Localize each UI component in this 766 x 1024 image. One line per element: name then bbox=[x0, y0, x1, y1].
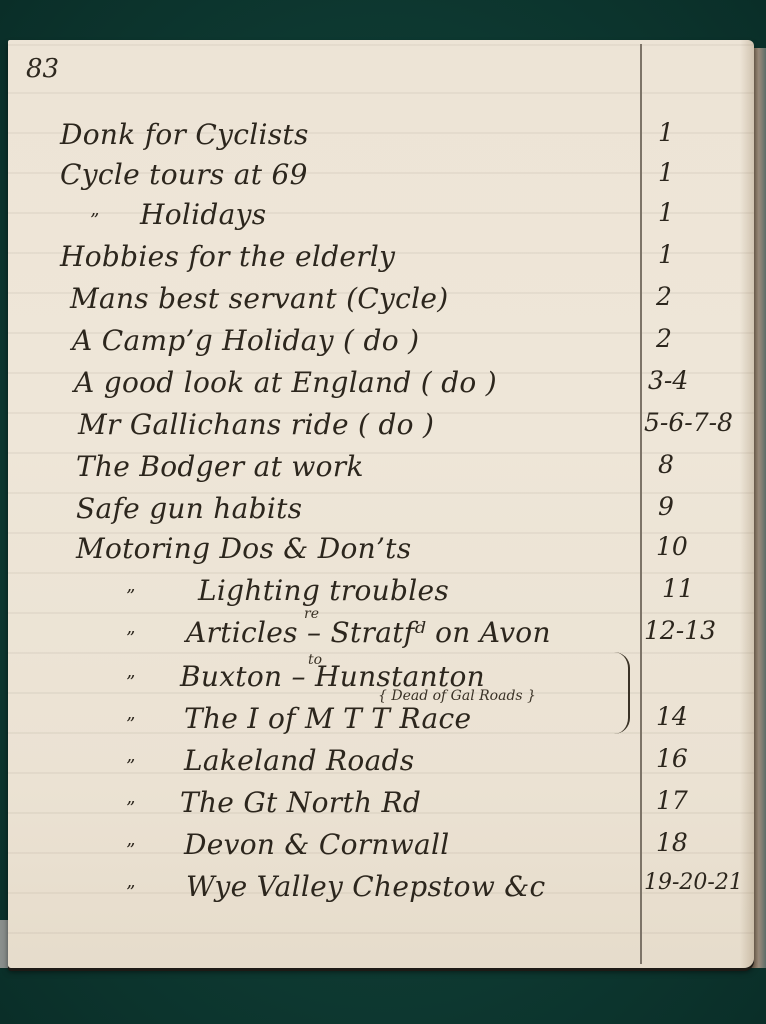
index-entry: Donk for Cyclists 1 bbox=[8, 118, 754, 158]
index-entry: ” Lakeland Roads 16 bbox=[8, 744, 754, 784]
entry-pages: 16 bbox=[656, 744, 688, 773]
entry-title: Motoring Dos & Don’ts bbox=[76, 532, 411, 565]
entry-pages: 11 bbox=[662, 574, 694, 603]
entry-title: Safe gun habits bbox=[76, 492, 302, 525]
index-entry: Safe gun habits 9 bbox=[8, 492, 754, 532]
notebook-page: 83 Donk for Cyclists 1 Cycle tours at 69… bbox=[8, 40, 754, 968]
entry-pages: 9 bbox=[658, 492, 674, 521]
index-entry: ” re Articles – Stratfᵈ on Avon 12-13 bbox=[8, 616, 754, 656]
page-number: 83 bbox=[26, 54, 59, 84]
entry-pages: 3-4 bbox=[648, 366, 688, 395]
index-entry: ” { Dead of Gal Roads } The I of M T T R… bbox=[8, 702, 754, 742]
entry-pages: 1 bbox=[658, 240, 674, 269]
entry-pages: 5-6-7-8 bbox=[644, 408, 733, 437]
entry-title: The Bodger at work bbox=[76, 450, 364, 483]
index-entry: Hobbies for the elderly 1 bbox=[8, 240, 754, 280]
index-entry: ” The Gt North Rd 17 bbox=[8, 786, 754, 826]
entry-title: The I of M T T Race bbox=[184, 702, 471, 735]
entry-title: A Camp’g Holiday ( do ) bbox=[72, 324, 419, 357]
index-entry: ” Lighting troubles 11 bbox=[8, 574, 754, 614]
ditto-mark: ” bbox=[90, 210, 99, 231]
index-entry: Mr Gallichans ride ( do ) 5-6-7-8 bbox=[8, 408, 754, 448]
entry-pages: 1 bbox=[658, 198, 674, 227]
entry-pages: 2 bbox=[656, 282, 672, 311]
entry-pages: 18 bbox=[656, 828, 688, 857]
entry-title: Wye Valley Chepstow &c bbox=[186, 870, 546, 903]
ditto-mark: ” bbox=[126, 672, 135, 693]
ditto-mark: ” bbox=[126, 628, 135, 649]
entry-title: The Gt North Rd bbox=[180, 786, 421, 819]
entry-title: Mr Gallichans ride ( do ) bbox=[78, 408, 434, 441]
index-entry: ” Wye Valley Chepstow &c 19-20-21 bbox=[8, 870, 754, 910]
index-entry: A Camp’g Holiday ( do ) 2 bbox=[8, 324, 754, 364]
entry-title: Donk for Cyclists bbox=[60, 118, 309, 151]
entry-pages: 10 bbox=[656, 532, 688, 561]
index-entry: ” Holidays 1 bbox=[8, 198, 754, 238]
ditto-mark: ” bbox=[126, 756, 135, 777]
grouping-brace bbox=[614, 652, 630, 734]
entry-pages: 19-20-21 bbox=[644, 870, 743, 895]
entry-title: Mans best servant (Cycle) bbox=[70, 282, 449, 315]
index-entry: Cycle tours at 69 1 bbox=[8, 158, 754, 198]
index-entry: A good look at England ( do ) 3-4 bbox=[8, 366, 754, 406]
ditto-mark: ” bbox=[126, 882, 135, 903]
entry-pages: 1 bbox=[658, 118, 674, 147]
entry-pages: 1 bbox=[658, 158, 674, 187]
entry-title: A good look at England ( do ) bbox=[74, 366, 497, 399]
index-entry: Motoring Dos & Don’ts 10 bbox=[8, 532, 754, 572]
ditto-mark: ” bbox=[126, 840, 135, 861]
index-entry: The Bodger at work 8 bbox=[8, 450, 754, 490]
entry-title: Hobbies for the elderly bbox=[60, 240, 395, 273]
entry-pages: 17 bbox=[656, 786, 688, 815]
entry-title: Lakeland Roads bbox=[184, 744, 414, 777]
index-entry: ” Devon & Cornwall 18 bbox=[8, 828, 754, 868]
entry-title: Devon & Cornwall bbox=[184, 828, 450, 861]
entry-title: Articles – Stratfᵈ on Avon bbox=[186, 616, 551, 649]
ditto-mark: ” bbox=[126, 714, 135, 735]
entry-title: Lighting troubles bbox=[198, 574, 449, 607]
entry-title: Cycle tours at 69 bbox=[60, 158, 308, 191]
ditto-mark: ” bbox=[126, 586, 135, 607]
ditto-mark: ” bbox=[126, 798, 135, 819]
entry-pages: 2 bbox=[656, 324, 672, 353]
index-entry: Mans best servant (Cycle) 2 bbox=[8, 282, 754, 322]
entry-title: Holidays bbox=[140, 198, 266, 231]
entry-pages: 14 bbox=[656, 702, 688, 731]
entry-pages: 8 bbox=[658, 450, 674, 479]
entry-pages: 12-13 bbox=[644, 616, 716, 645]
